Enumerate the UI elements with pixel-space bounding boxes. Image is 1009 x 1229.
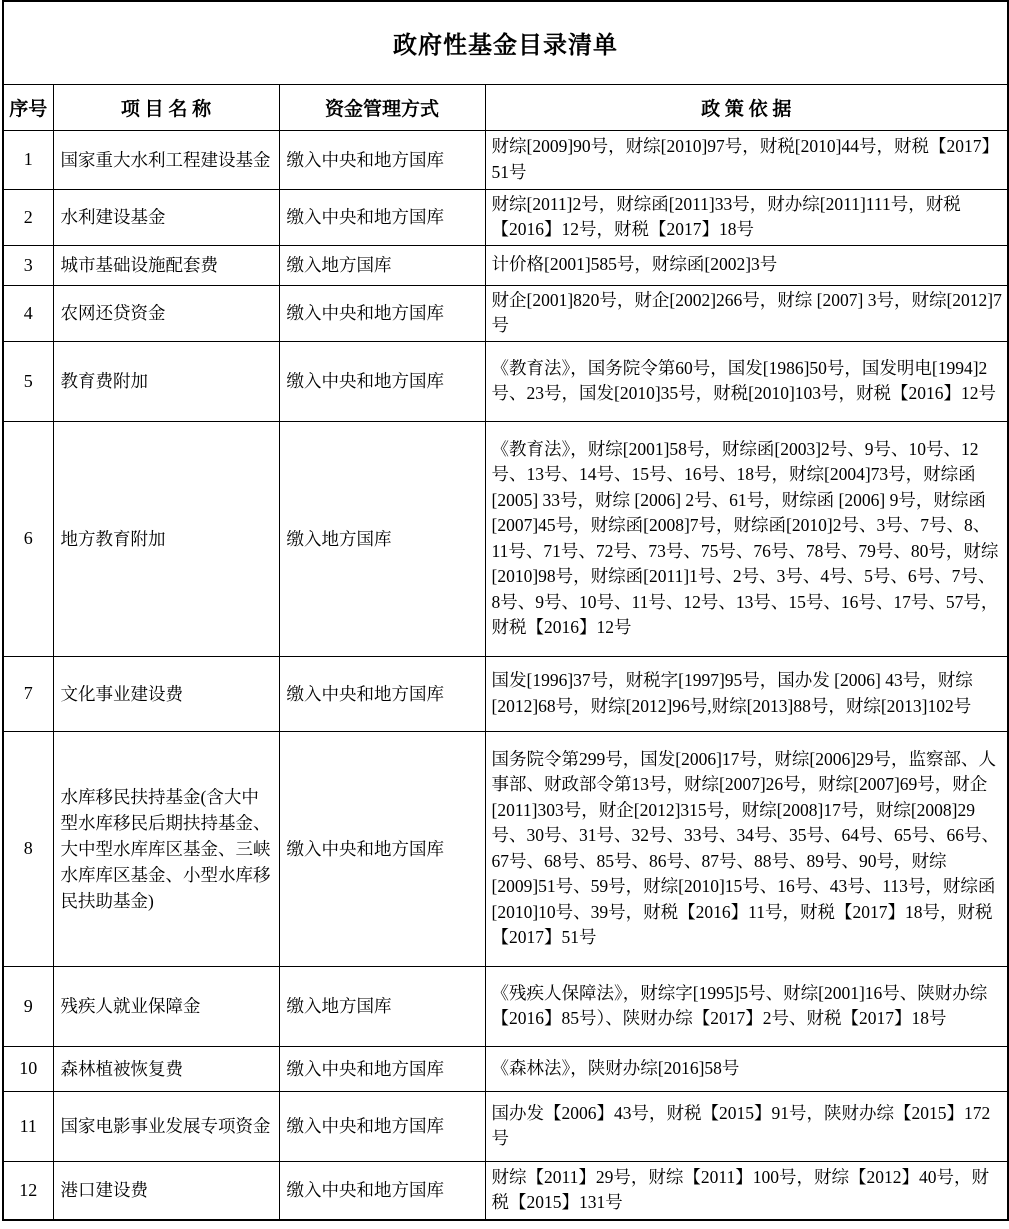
column-header-name: 项 目 名 称 bbox=[53, 84, 279, 130]
project-name-cell: 农网还贷资金 bbox=[53, 285, 279, 341]
management-method-cell: 缴入中央和地方国库 bbox=[279, 1091, 485, 1161]
title-row: 政府性基金目录清单 bbox=[3, 1, 1008, 84]
project-name-cell: 森林植被恢复费 bbox=[53, 1046, 279, 1091]
project-name-cell: 水利建设基金 bbox=[53, 189, 279, 245]
management-method-cell: 缴入地方国库 bbox=[279, 245, 485, 285]
row-index-cell: 7 bbox=[3, 656, 53, 731]
management-method-cell: 缴入中央和地方国库 bbox=[279, 130, 485, 189]
table-row: 4农网还贷资金缴入中央和地方国库财企[2001]820号，财企[2002]266… bbox=[3, 285, 1008, 341]
management-method-cell: 缴入中央和地方国库 bbox=[279, 1046, 485, 1091]
management-method-cell: 缴入中央和地方国库 bbox=[279, 189, 485, 245]
policy-basis-cell: 计价格[2001]585号，财综函[2002]3号 bbox=[485, 245, 1008, 285]
policy-basis-cell: 财企[2001]820号，财企[2002]266号，财综 [2007] 3号，财… bbox=[485, 285, 1008, 341]
management-method-cell: 缴入地方国库 bbox=[279, 966, 485, 1046]
table-row: 9残疾人就业保障金缴入地方国库《残疾人保障法》，财综字[1995]5号、财综[2… bbox=[3, 966, 1008, 1046]
project-name-cell: 城市基础设施配套费 bbox=[53, 245, 279, 285]
row-index-cell: 6 bbox=[3, 421, 53, 656]
policy-basis-cell: 《教育法》，财综[2001]58号，财综函[2003]2号、9号、10号、12号… bbox=[485, 421, 1008, 656]
management-method-cell: 缴入中央和地方国库 bbox=[279, 731, 485, 966]
management-method-cell: 缴入中央和地方国库 bbox=[279, 285, 485, 341]
project-name-cell: 残疾人就业保障金 bbox=[53, 966, 279, 1046]
row-index-cell: 10 bbox=[3, 1046, 53, 1091]
column-header-row: 序号 项 目 名 称 资金管理方式 政 策 依 据 bbox=[3, 84, 1008, 130]
management-method-cell: 缴入中央和地方国库 bbox=[279, 1161, 485, 1220]
row-index-cell: 1 bbox=[3, 130, 53, 189]
policy-basis-cell: 《教育法》，国务院令第60号，国发[1986]50号，国发明电[1994]2号、… bbox=[485, 341, 1008, 421]
table-row: 8水库移民扶持基金(含大中型水库移民后期扶持基金、大中型水库库区基金、三峡水库库… bbox=[3, 731, 1008, 966]
column-header-management: 资金管理方式 bbox=[279, 84, 485, 130]
policy-basis-cell: 国办发【2006】43号，财税【2015】91号，陕财办综【2015】172号 bbox=[485, 1091, 1008, 1161]
row-index-cell: 2 bbox=[3, 189, 53, 245]
table-row: 7文化事业建设费缴入中央和地方国库国发[1996]37号，财税字[1997]95… bbox=[3, 656, 1008, 731]
project-name-cell: 国家电影事业发展专项资金 bbox=[53, 1091, 279, 1161]
policy-basis-cell: 财综[2011]2号，财综函[2011]33号，财办综[2011]111号，财税… bbox=[485, 189, 1008, 245]
row-index-cell: 9 bbox=[3, 966, 53, 1046]
policy-basis-cell: 财综【2011】29号，财综【2011】100号，财综【2012】40号，财税【… bbox=[485, 1161, 1008, 1220]
project-name-cell: 文化事业建设费 bbox=[53, 656, 279, 731]
project-name-cell: 地方教育附加 bbox=[53, 421, 279, 656]
row-index-cell: 8 bbox=[3, 731, 53, 966]
policy-basis-cell: 《残疾人保障法》，财综字[1995]5号、财综[2001]16号、陕财办综【20… bbox=[485, 966, 1008, 1046]
table-row: 2水利建设基金缴入中央和地方国库财综[2011]2号，财综函[2011]33号，… bbox=[3, 189, 1008, 245]
table-row: 1国家重大水利工程建设基金缴入中央和地方国库财综[2009]90号，财综[201… bbox=[3, 130, 1008, 189]
table-row: 11国家电影事业发展专项资金缴入中央和地方国库国办发【2006】43号，财税【2… bbox=[3, 1091, 1008, 1161]
row-index-cell: 11 bbox=[3, 1091, 53, 1161]
table-row: 3城市基础设施配套费缴入地方国库计价格[2001]585号，财综函[2002]3… bbox=[3, 245, 1008, 285]
project-name-cell: 水库移民扶持基金(含大中型水库移民后期扶持基金、大中型水库库区基金、三峡水库库区… bbox=[53, 731, 279, 966]
document-title: 政府性基金目录清单 bbox=[3, 1, 1008, 84]
management-method-cell: 缴入中央和地方国库 bbox=[279, 341, 485, 421]
document-page: 政府性基金目录清单 序号 项 目 名 称 资金管理方式 政 策 依 据 1国家重… bbox=[0, 0, 1009, 1229]
policy-basis-cell: 国务院令第299号，国发[2006]17号，财综[2006]29号，监察部、人事… bbox=[485, 731, 1008, 966]
management-method-cell: 缴入地方国库 bbox=[279, 421, 485, 656]
project-name-cell: 港口建设费 bbox=[53, 1161, 279, 1220]
column-header-index: 序号 bbox=[3, 84, 53, 130]
table-row: 12港口建设费缴入中央和地方国库财综【2011】29号，财综【2011】100号… bbox=[3, 1161, 1008, 1220]
table-row: 5教育费附加缴入中央和地方国库《教育法》，国务院令第60号，国发[1986]50… bbox=[3, 341, 1008, 421]
policy-basis-cell: 国发[1996]37号，财税字[1997]95号，国办发 [2006] 43号，… bbox=[485, 656, 1008, 731]
column-header-policy: 政 策 依 据 bbox=[485, 84, 1008, 130]
table-row: 10森林植被恢复费缴入中央和地方国库《森林法》，陕财办综[2016]58号 bbox=[3, 1046, 1008, 1091]
table-row: 6地方教育附加缴入地方国库《教育法》，财综[2001]58号，财综函[2003]… bbox=[3, 421, 1008, 656]
table-head: 政府性基金目录清单 序号 项 目 名 称 资金管理方式 政 策 依 据 bbox=[3, 1, 1008, 130]
row-index-cell: 3 bbox=[3, 245, 53, 285]
project-name-cell: 教育费附加 bbox=[53, 341, 279, 421]
table-body: 1国家重大水利工程建设基金缴入中央和地方国库财综[2009]90号，财综[201… bbox=[3, 130, 1008, 1220]
policy-basis-cell: 《森林法》，陕财办综[2016]58号 bbox=[485, 1046, 1008, 1091]
policy-basis-cell: 财综[2009]90号，财综[2010]97号，财税[2010]44号，财税【2… bbox=[485, 130, 1008, 189]
row-index-cell: 4 bbox=[3, 285, 53, 341]
fund-directory-table: 政府性基金目录清单 序号 项 目 名 称 资金管理方式 政 策 依 据 1国家重… bbox=[2, 0, 1009, 1221]
row-index-cell: 12 bbox=[3, 1161, 53, 1220]
row-index-cell: 5 bbox=[3, 341, 53, 421]
project-name-cell: 国家重大水利工程建设基金 bbox=[53, 130, 279, 189]
management-method-cell: 缴入中央和地方国库 bbox=[279, 656, 485, 731]
